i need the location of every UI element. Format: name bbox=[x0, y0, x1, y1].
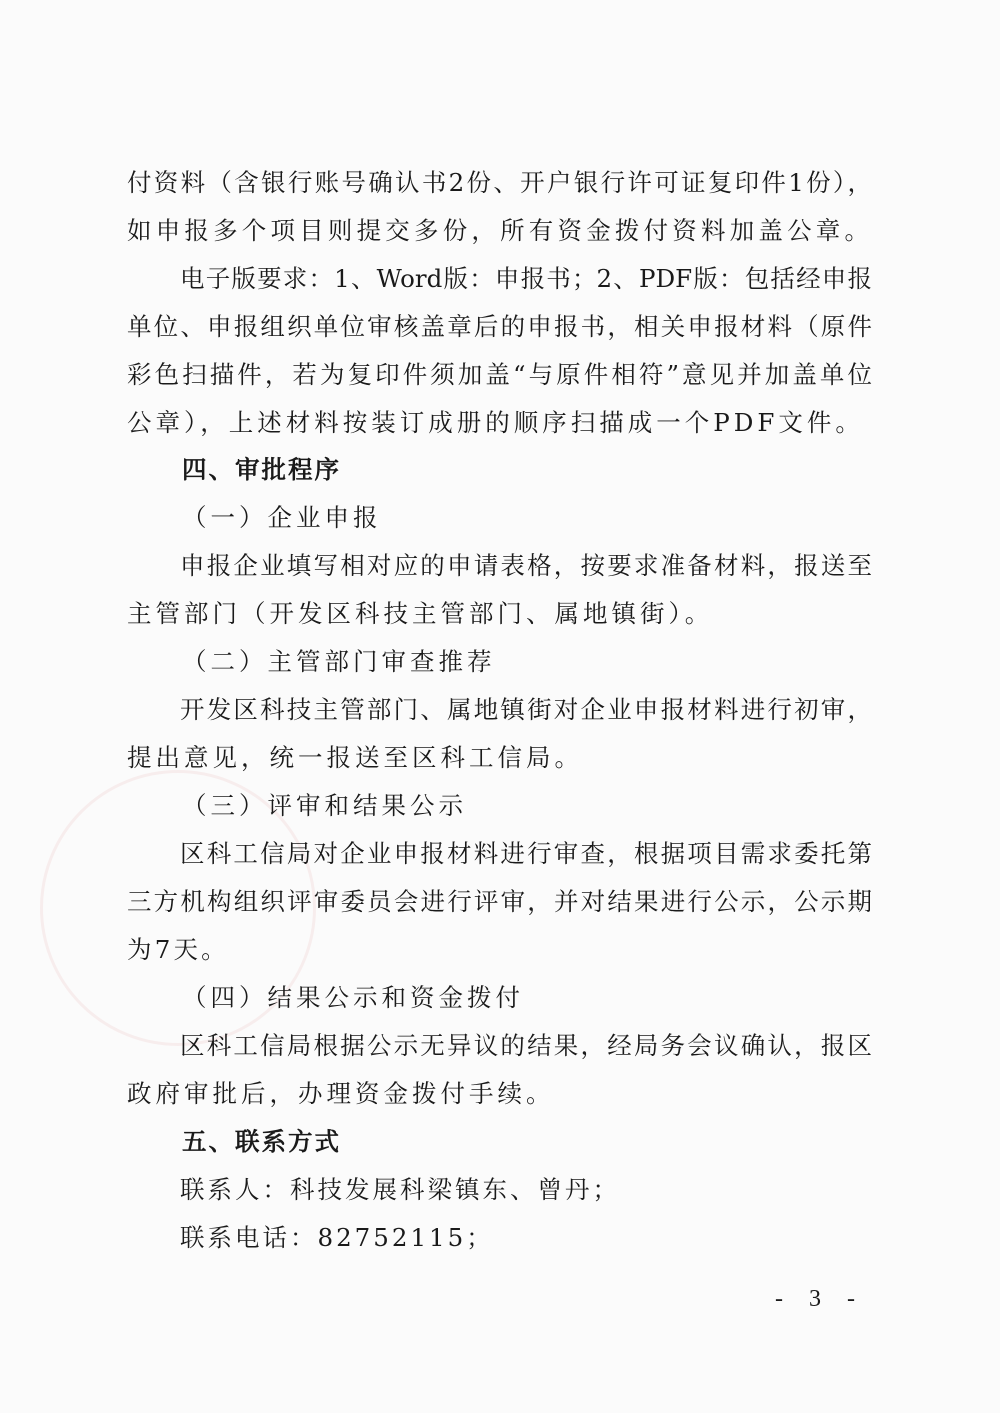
paragraph-line: 彩色扫描件，若为复印件须加盖“与原件相符”意见并加盖单位 bbox=[127, 358, 872, 392]
page-number: - 3 - bbox=[775, 1286, 865, 1313]
paragraph-line: 政府审批后，办理资金拨付手续。 bbox=[127, 1077, 872, 1111]
contact-phone: 联系电话：82752115； bbox=[180, 1221, 872, 1255]
subsection-heading: （一）企业申报 bbox=[182, 501, 927, 535]
subsection-heading: （三）评审和结果公示 bbox=[182, 789, 927, 823]
paragraph-line: 为7天。 bbox=[127, 933, 872, 967]
paragraph-line: 申报企业填写相对应的申请表格，按要求准备材料，报送至 bbox=[180, 549, 872, 583]
paragraph-line: 电子版要求：1、Word版：申报书；2、PDF版：包括经申报 bbox=[180, 262, 872, 296]
paragraph-line: 付资料（含银行账号确认书2份、开户银行许可证复印件1份）， bbox=[127, 166, 872, 200]
paragraph-line: 区科工信局对企业申报材料进行审查，根据项目需求委托第 bbox=[180, 837, 872, 871]
paragraph-line: 单位、申报组织单位审核盖章后的申报书，相关申报材料（原件 bbox=[127, 310, 872, 344]
paragraph-line: 如申报多个项目则提交多份，所有资金拨付资料加盖公章。 bbox=[127, 214, 872, 248]
subsection-heading: （二）主管部门审查推荐 bbox=[182, 645, 927, 679]
paragraph-line: 开发区科技主管部门、属地镇街对企业申报材料进行初审， bbox=[180, 693, 872, 727]
document-page: 付资料（含银行账号确认书2份、开户银行许可证复印件1份）， 如申报多个项目则提交… bbox=[0, 0, 1000, 1413]
subsection-heading: （四）结果公示和资金拨付 bbox=[182, 981, 927, 1015]
paragraph-line: 公章），上述材料按装订成册的顺序扫描成一个PDF文件。 bbox=[127, 406, 872, 440]
contact-person: 联系人：科技发展科梁镇东、曾丹； bbox=[180, 1173, 872, 1207]
paragraph-line: 区科工信局根据公示无异议的结果，经局务会议确认，报区 bbox=[180, 1029, 872, 1063]
paragraph-line: 提出意见，统一报送至区科工信局。 bbox=[127, 741, 872, 775]
section-heading: 四、审批程序 bbox=[182, 453, 927, 487]
section-heading: 五、联系方式 bbox=[182, 1125, 927, 1159]
paragraph-line: 三方机构组织评审委员会进行评审，并对结果进行公示，公示期 bbox=[127, 885, 872, 919]
paragraph-line: 主管部门（开发区科技主管部门、属地镇街）。 bbox=[127, 597, 872, 631]
